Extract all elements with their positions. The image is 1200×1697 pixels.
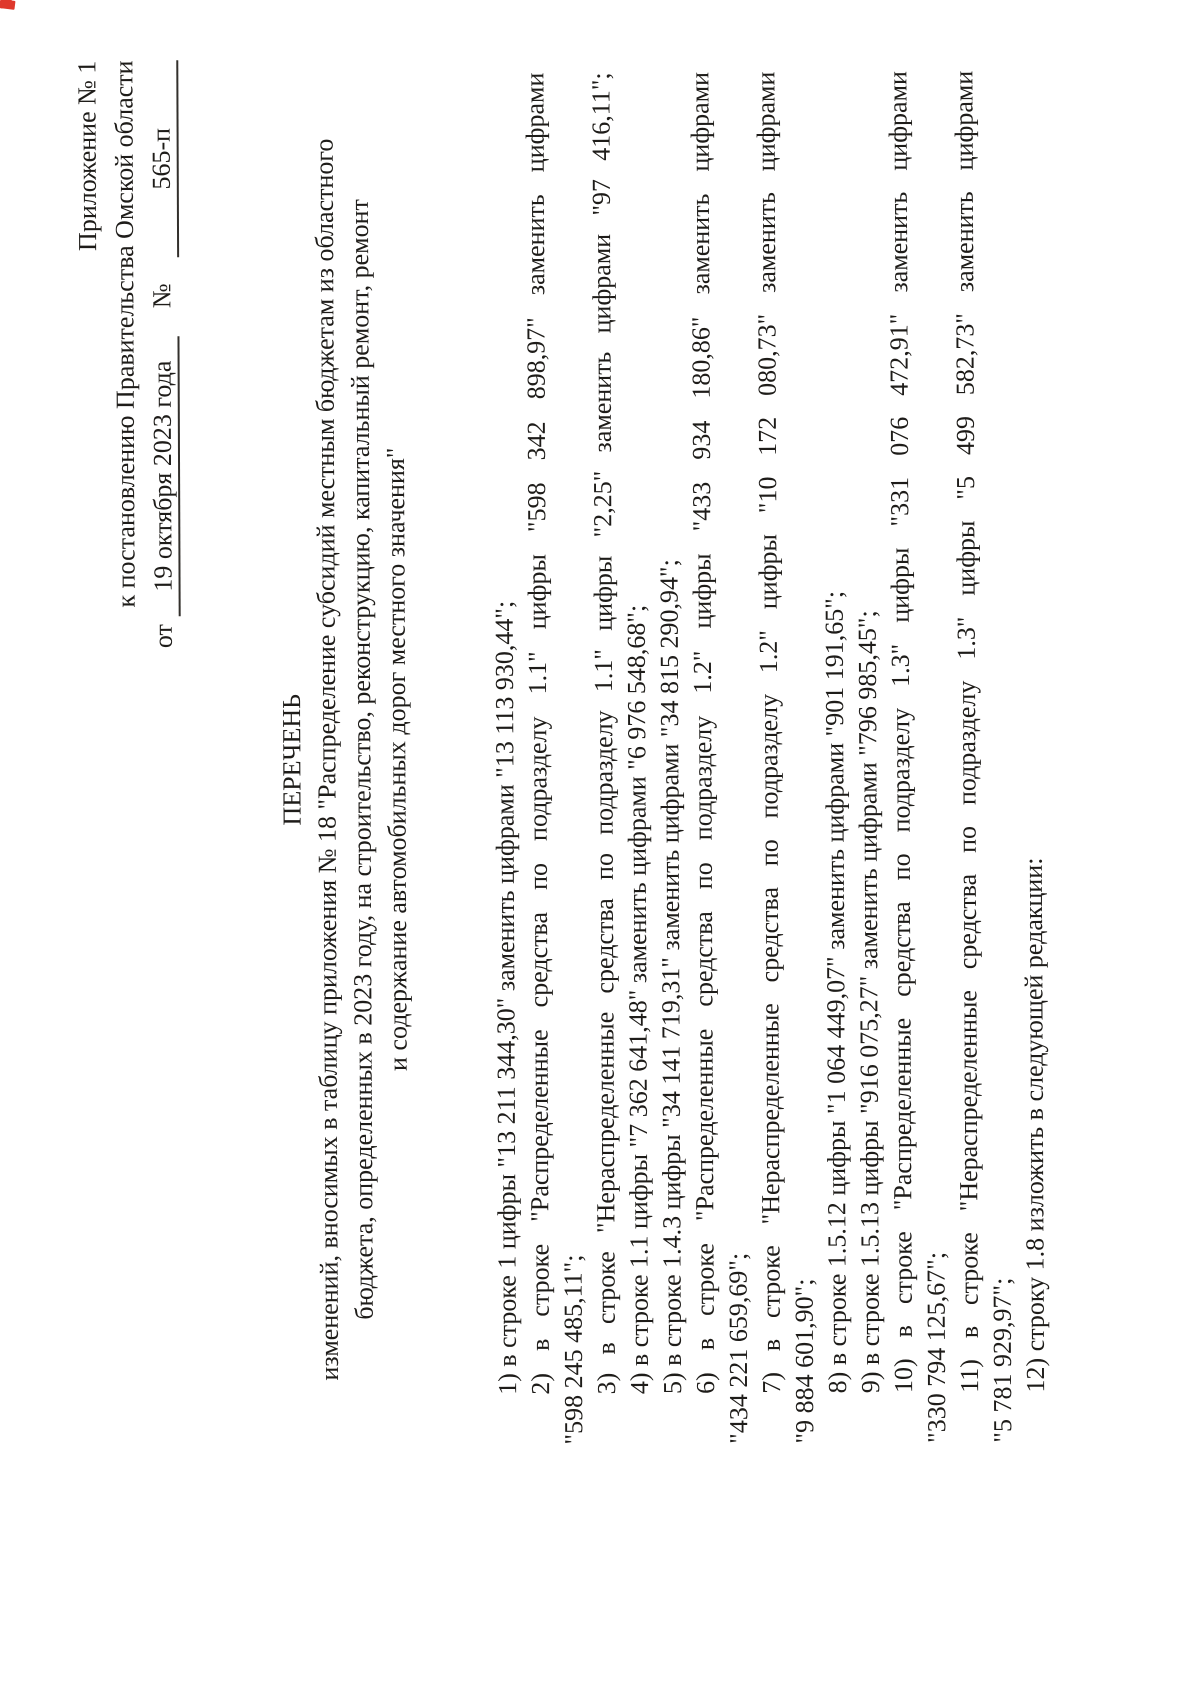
body-line: 7) в строке "Нераспределенные средства п… xyxy=(749,72,788,1444)
resolution-date-number-line: от19 октября 2023 года№565-п xyxy=(142,60,185,1446)
date-prefix: от xyxy=(149,624,178,648)
resolution-reference: к постановлению Правительства Омской обл… xyxy=(105,60,148,1446)
document-body: 1) в строке 1 цифры "13 211 344,30" заме… xyxy=(485,70,1052,1444)
body-line: 6) в строке "Распределенные средства по … xyxy=(683,72,722,1444)
document-title-block: ПЕРЕЧЕНЬ изменений, вносимых в таблицу п… xyxy=(271,73,417,1446)
scanned-document-page: Приложение № 1 к постановлению Правитель… xyxy=(0,0,1200,1697)
body-line: 2) в строке "Распределенные средства по … xyxy=(518,73,557,1445)
document-header: Приложение № 1 к постановлению Правитель… xyxy=(68,60,185,1446)
title-line: изменений, вносимых в таблицу приложения… xyxy=(306,74,347,1446)
rotated-page-content: Приложение № 1 к постановлению Правитель… xyxy=(0,0,1200,1697)
number-sign: № xyxy=(147,283,176,308)
body-line: 10) в строке "Распределенные средства по… xyxy=(881,71,920,1443)
body-line: 3) в строке "Нераспределенные средства п… xyxy=(584,72,623,1444)
body-line: 12) строку 1.8 изложить в следующей реда… xyxy=(1013,70,1052,1442)
resolution-number: 565-п xyxy=(145,60,179,257)
title-line: бюджета, определенных в 2023 году, на ст… xyxy=(341,73,382,1445)
body-line: 11) в строке "Нераспределенные средства … xyxy=(947,71,986,1443)
title-heading: ПЕРЕЧЕНЬ xyxy=(271,74,312,1446)
appendix-label: Приложение № 1 xyxy=(68,61,111,1447)
title-line: и содержание автомобильных дорог местног… xyxy=(376,73,417,1445)
resolution-date: 19 октября 2023 года xyxy=(146,336,180,616)
